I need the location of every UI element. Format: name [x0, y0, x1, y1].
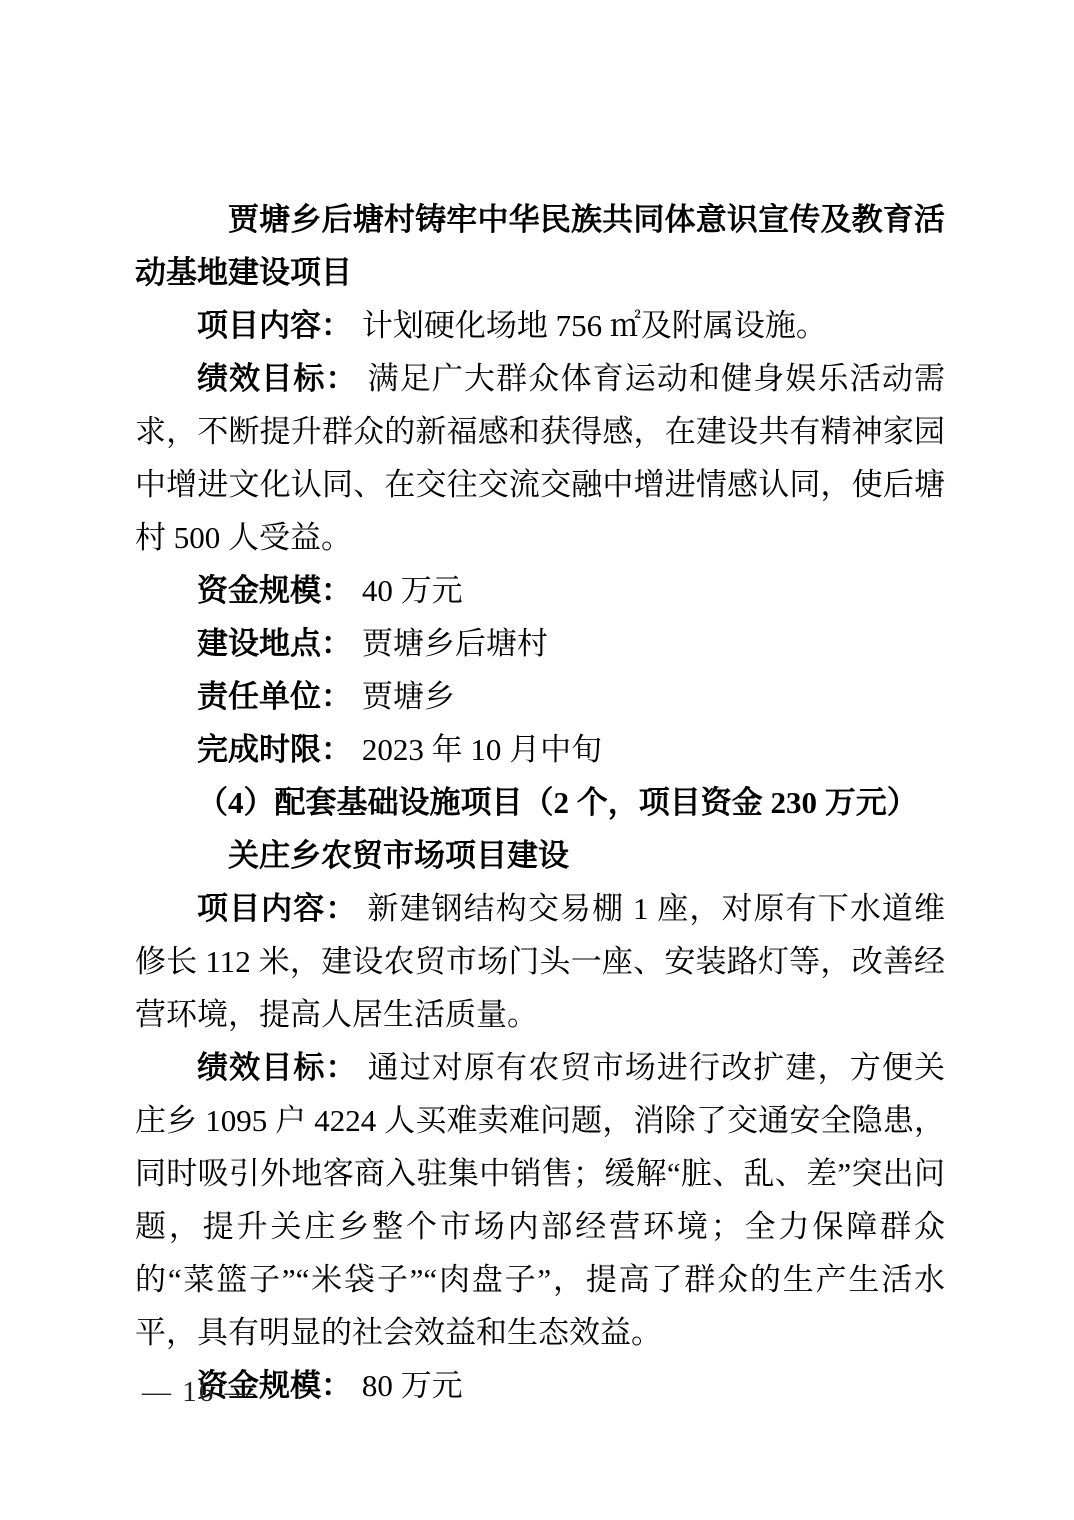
field-label: 建设地点：: [197, 626, 352, 661]
project1-field-content: 项目内容：计划硬化场地 756 ㎡及附属设施。: [135, 299, 945, 352]
project1-field-unit: 责任单位：贾塘乡: [135, 670, 945, 723]
field-text: 计划硬化场地 756 ㎡及附属设施。: [362, 308, 827, 343]
project1-title: 贾塘乡后塘村铸牢中华民族共同体意识宣传及教育活动基地建设项目: [135, 193, 945, 299]
project2-title: 关庄乡农贸市场项目建设: [135, 829, 945, 882]
project1-field-goal: 绩效目标：满足广大群众体育运动和健身娱乐活动需求，不断提升群众的新福感和获得感，…: [135, 352, 945, 564]
field-text: 40 万元: [362, 573, 463, 608]
field-label: 责任单位：: [197, 679, 352, 714]
field-text: 通过对原有农贸市场进行改扩建，方便关庄乡 1095 户 4224 人买难卖难问题…: [135, 1050, 945, 1350]
project2-field-funds: 资金规模：80 万元: [135, 1359, 945, 1412]
field-text: 贾塘乡后塘村: [362, 626, 548, 661]
field-text: 80 万元: [362, 1368, 463, 1403]
project1-field-location: 建设地点：贾塘乡后塘村: [135, 617, 945, 670]
page-number: — 16 —: [142, 1376, 256, 1409]
field-label: 项目内容：: [197, 891, 357, 926]
project2-field-goal: 绩效目标：通过对原有农贸市场进行改扩建，方便关庄乡 1095 户 4224 人买…: [135, 1041, 945, 1359]
field-label: 绩效目标：: [197, 1050, 358, 1085]
project1-field-funds: 资金规模：40 万元: [135, 564, 945, 617]
field-text: 2023 年 10 月中旬: [362, 732, 602, 767]
field-text: 贾塘乡: [362, 679, 455, 714]
field-label: 项目内容：: [197, 308, 352, 343]
field-label: 资金规模：: [197, 573, 352, 608]
field-label: 绩效目标：: [197, 361, 358, 396]
document-body: 贾塘乡后塘村铸牢中华民族共同体意识宣传及教育活动基地建设项目 项目内容：计划硬化…: [135, 193, 945, 1412]
project1-field-deadline: 完成时限：2023 年 10 月中旬: [135, 723, 945, 776]
project2-field-content: 项目内容：新建钢结构交易棚 1 座，对原有下水道维修长 112 米，建设农贸市场…: [135, 882, 945, 1041]
document-page: 贾塘乡后塘村铸牢中华民族共同体意识宣传及教育活动基地建设项目 项目内容：计划硬化…: [0, 0, 1074, 1520]
section-heading: （4）配套基础设施项目（2 个，项目资金 230 万元）: [135, 776, 945, 829]
field-label: 完成时限：: [197, 732, 352, 767]
